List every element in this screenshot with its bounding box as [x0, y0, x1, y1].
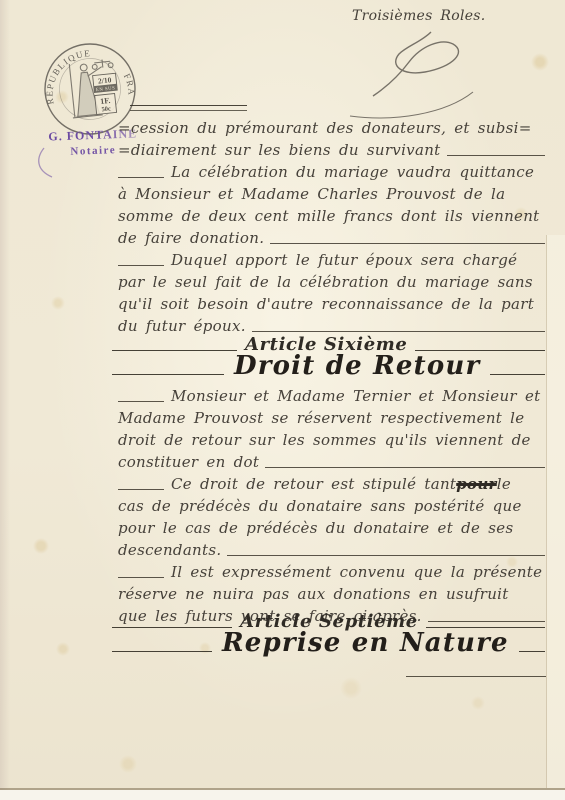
- manuscript-line: constituer en dot: [118, 450, 545, 472]
- closing-rule: [406, 676, 546, 677]
- manuscript-line-with-strike: Ce droit de retour est stipulé tant pour…: [118, 472, 545, 494]
- fill-rule: [447, 150, 546, 156]
- manuscript-line: de faire donation.: [118, 226, 545, 248]
- section-heading-row: Reprise en Nature: [112, 630, 545, 657]
- lead-rule: [118, 572, 164, 578]
- seal-value-boxes: 2/10 EN SUS 1F. 50c: [93, 73, 120, 114]
- manuscript-line: pour le cas de prédécès du donataire et …: [118, 516, 545, 538]
- manuscript-line: cas de prédécès du donataire sans postér…: [118, 494, 545, 516]
- document-page: { "colors":{"paper":"#f0e9d6","ink":"#46…: [0, 0, 565, 800]
- paper-right-edge: [547, 235, 565, 788]
- section-heading: Reprise en Nature: [212, 630, 519, 657]
- manuscript-line: Il est expressément convenu que la prése…: [118, 560, 545, 582]
- lead-rule: [118, 260, 164, 266]
- manuscript-line: réserve ne nuira pas aux donations en us…: [118, 582, 545, 604]
- manuscript-line: par le seul fait de la célébration du ma…: [118, 270, 545, 292]
- manuscript-line: qu'il soit besoin d'autre reconnaissance…: [118, 292, 545, 314]
- heading-rule-right: [519, 646, 545, 652]
- section-heading: Droit de Retour: [224, 353, 490, 380]
- manuscript-line: droit de retour sur les sommes qu'ils vi…: [118, 428, 545, 450]
- section-heading-row: Droit de Retour: [112, 353, 545, 380]
- manuscript-line: Madame Prouvost se réservent respectivem…: [118, 406, 545, 428]
- manuscript-line: =diairement sur les biens du survivant: [118, 138, 545, 160]
- manuscript-line: descendants.: [118, 538, 545, 560]
- struck-word: pour: [456, 474, 497, 494]
- manuscript-line: Duquel apport le futur époux sera chargé: [118, 248, 545, 270]
- fill-rule: [270, 238, 545, 244]
- fill-rule: [252, 326, 545, 332]
- heading-rule-left: [112, 646, 212, 652]
- heading-rule-left: [112, 369, 224, 375]
- manuscript-line: Monsieur et Madame Ternier et Monsieur e…: [118, 384, 545, 406]
- lead-rule: [118, 396, 164, 402]
- heading-rule-left: [112, 345, 237, 351]
- svg-text:50c: 50c: [101, 105, 111, 113]
- scan-left-edge: [0, 0, 10, 800]
- fill-rule: [227, 550, 545, 556]
- separator-double-rule: [130, 105, 247, 111]
- notary-stamp-border-arc: [34, 146, 64, 180]
- manuscript-line: à Monsieur et Madame Charles Prouvost de…: [118, 182, 545, 204]
- svg-text:1F.: 1F.: [100, 96, 111, 106]
- manuscript-block-2: Monsieur et Madame Ternier et Monsieur e…: [118, 384, 545, 626]
- manuscript-line: du futur époux.: [118, 314, 545, 336]
- svg-text:EN SUS: EN SUS: [96, 86, 116, 93]
- lead-rule: [118, 172, 164, 178]
- manuscript-block-1: =cession du prémourant des donateurs, et…: [118, 116, 545, 336]
- heading-rule-left: [112, 622, 232, 628]
- heading-rule-right: [490, 369, 545, 375]
- manuscript-line: somme de deux cent mille francs dont ils…: [118, 204, 545, 226]
- scan-bottom-background: [0, 790, 565, 800]
- paraph-flourish-icon: [345, 22, 495, 127]
- svg-text:2/10: 2/10: [98, 75, 112, 85]
- manuscript-line: =cession du prémourant des donateurs, et…: [118, 116, 545, 138]
- lead-rule: [118, 484, 164, 490]
- fill-rule: [265, 462, 545, 468]
- manuscript-line: La célébration du mariage vaudra quittan…: [118, 160, 545, 182]
